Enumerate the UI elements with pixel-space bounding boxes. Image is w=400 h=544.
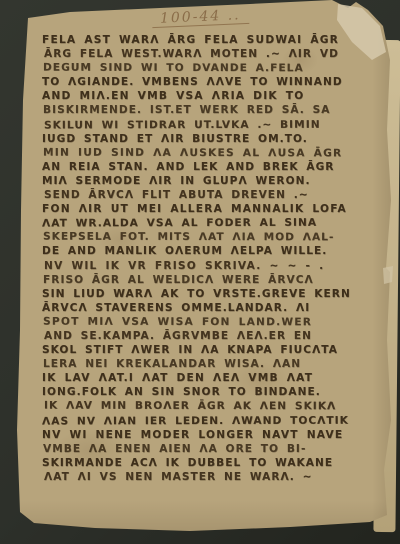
text-line: SKEPSELA FOT. MITS ΛAT ΛIA MOD ΛAL- <box>43 230 382 245</box>
text-line: ΛAS NV ΛIAN IER LEDEN. ΛWAND TOCΛTIK <box>42 413 382 428</box>
text-line: TO ΛGIANDE. VMBENS ΛΛVE TO WINNAND <box>42 75 382 89</box>
text-line: FELA AST WARΛ ĀRG FELA SUDWAI ĀGR <box>42 33 382 47</box>
text-line: NV WI NENE MODER LONGER NAVT NAVE <box>42 428 382 442</box>
text-line: AND MIΛ.EN VMB VSA ΛRIA DIK TO <box>42 89 382 103</box>
text-line: FON ΛIR UT MEI ALLERA MANNALIK LOFA <box>42 202 382 216</box>
text-line: SKOL STIFT ΛWER IN ΛA KNAPA FIUCΛTA <box>42 343 382 357</box>
text-line: SIN LIUD WARΛ AK TO VRSTE.GREVE KERN <box>42 287 382 301</box>
text-line: IONG.FOLK AN SIN SNOR TO BINDANE. <box>42 385 382 399</box>
text-line: MIN IUD SIND ΛA ΛUSKES AL ΛUSA ĀGR <box>43 145 382 160</box>
text-line: NV WIL IK VR FRISO SKRIVA. ~ ~ - . <box>44 259 382 273</box>
photo-background: 100-44 .. FELA AST WARΛ ĀRG FELA SUDWAI … <box>0 0 400 544</box>
text-line: AN REIA STAN. AND LEK AND BREK ĀGR <box>42 160 382 174</box>
text-line: LERA NEI KREKALANDAR WISA. ΛAN <box>43 357 382 371</box>
text-line: ΛAT WR.ALDA VSA AL FODER AL SINA <box>42 216 382 231</box>
text-line: FRISO ĀGR AL WELDICΛ WERE ĀRVCΛ <box>43 273 382 287</box>
text-line: VMBE ΛA ENEN AIEN ΛA ORE TO BI- <box>43 442 382 456</box>
text-line: ΛAT ΛI VS NEN MASTER NE WARΛ. ~ <box>44 470 382 484</box>
text-line: IK ΛAV MIN BROΛER ĀGR AK ΛEN SKIKΛ <box>44 399 382 414</box>
text-line: DE AND MANLIK OΛERUM ΛELPA WILLE. <box>42 244 382 258</box>
text-line: SPOT MIΛ VSA WISA FON LAND.WER <box>43 314 382 329</box>
text-line: BISKIRMENDE. IST.ET WERK RED SĀ. SA <box>43 103 382 117</box>
text-line: DEGUM SIND WI TO DVANDE A.FELA <box>43 61 382 76</box>
text-line: ĀRG FELA WEST.WARΛ MOTEN .~ ΛIR VD <box>44 47 382 61</box>
manuscript-text: FELA AST WARΛ ĀRG FELA SUDWAI ĀGRĀRG FEL… <box>42 33 382 484</box>
text-line: SKIRMANDE ACΛ IK DUBBEL TO WAKANE <box>42 456 382 470</box>
text-line: IUGD STAND ET ΛIR BIUSTRE OM.TO. <box>42 132 382 146</box>
text-line: MIΛ SERMODE ΛIR IN GLUPΛ WERON. <box>42 174 382 188</box>
text-line: ĀRVCΛ STAVERENS OMME.LANDAR. ΛI <box>42 301 382 315</box>
text-line: SKILUN WI STIDRAR UT.LVKA .~ BIMIN <box>44 117 382 132</box>
text-line: IK LAV ΛAT.I ΛAT DEN ΛEΛ VMB ΛAT <box>42 371 382 385</box>
text-line: AND SE.KAMPA. ĀGRVMBE ΛEΛ.ER EN <box>44 329 382 343</box>
text-line: SEND ĀRVCΛ FLIT ABUTA DREVEN .~ <box>44 188 382 202</box>
